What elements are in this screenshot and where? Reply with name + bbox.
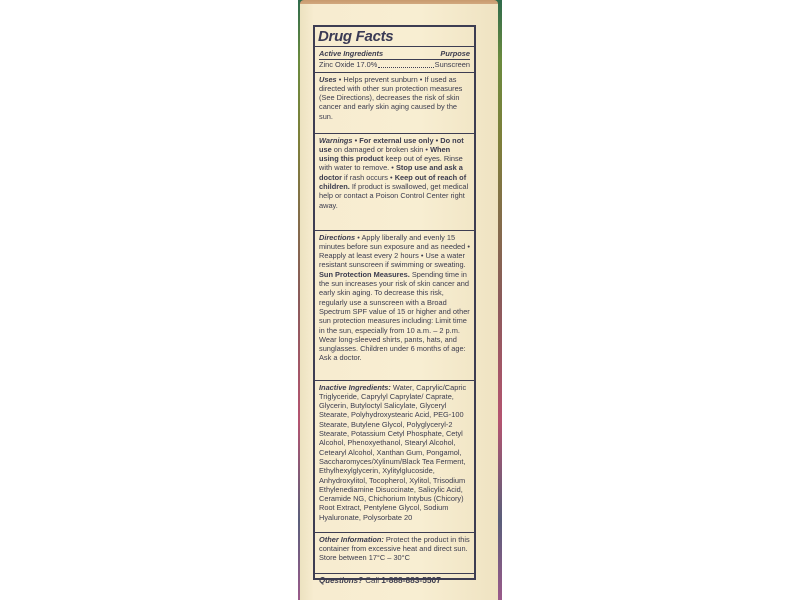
inactive-ingredients-text: Water, Caprylic/Capric Triglyceride, Cap… [319,383,466,522]
active-ingredients-section: Active Ingredients Purpose Zinc Oxide 17… [315,47,474,73]
warnings-section: Warnings • For external use only • Do no… [315,134,474,231]
warnings-text-3: if rash occurs • [342,173,393,182]
warnings-text-1: on damaged or broken skin • [332,145,428,154]
questions-phone: 1-888-883-5507 [381,575,441,585]
uses-section: Uses • Helps prevent sunburn • If used a… [315,73,474,134]
leader-dots [378,67,433,68]
drug-facts-panel: Drug Facts Active Ingredients Purpose Zi… [313,25,476,580]
directions-text-2: Spending time in the sun increases your … [319,270,470,363]
directions-label: Directions [319,233,355,242]
purpose-label: Purpose [440,49,470,58]
active-ingredients-label: Active Ingredients [319,49,383,58]
drug-facts-title: Drug Facts [315,27,474,47]
active-ingredient-row: Zinc Oxide 17.0% Sunscreen [319,60,470,69]
inactive-ingredients-section: Inactive Ingredients: Water, Caprylic/Ca… [315,381,474,533]
questions-section: Questions? Call 1-888-883-5507 [315,574,474,594]
ingredient-name: Zinc Oxide 17.0% [319,60,377,69]
active-ingredients-header: Active Ingredients Purpose [319,49,470,60]
uses-text: • Helps prevent sunburn • If used as dir… [319,75,462,121]
warnings-label: Warnings [319,136,353,145]
ingredient-purpose: Sunscreen [435,60,470,69]
uses-label: Uses [319,75,337,84]
sun-protection-label: Sun Protection Measures. [319,270,410,279]
other-information-section: Other Information: Protect the product i… [315,533,474,574]
inactive-ingredients-label: Inactive Ingredients: [319,383,391,392]
questions-label: Questions? [319,576,363,585]
directions-section: Directions • Apply liberally and evenly … [315,231,474,381]
questions-call: Call [363,576,381,585]
other-information-label: Other Information: [319,535,384,544]
